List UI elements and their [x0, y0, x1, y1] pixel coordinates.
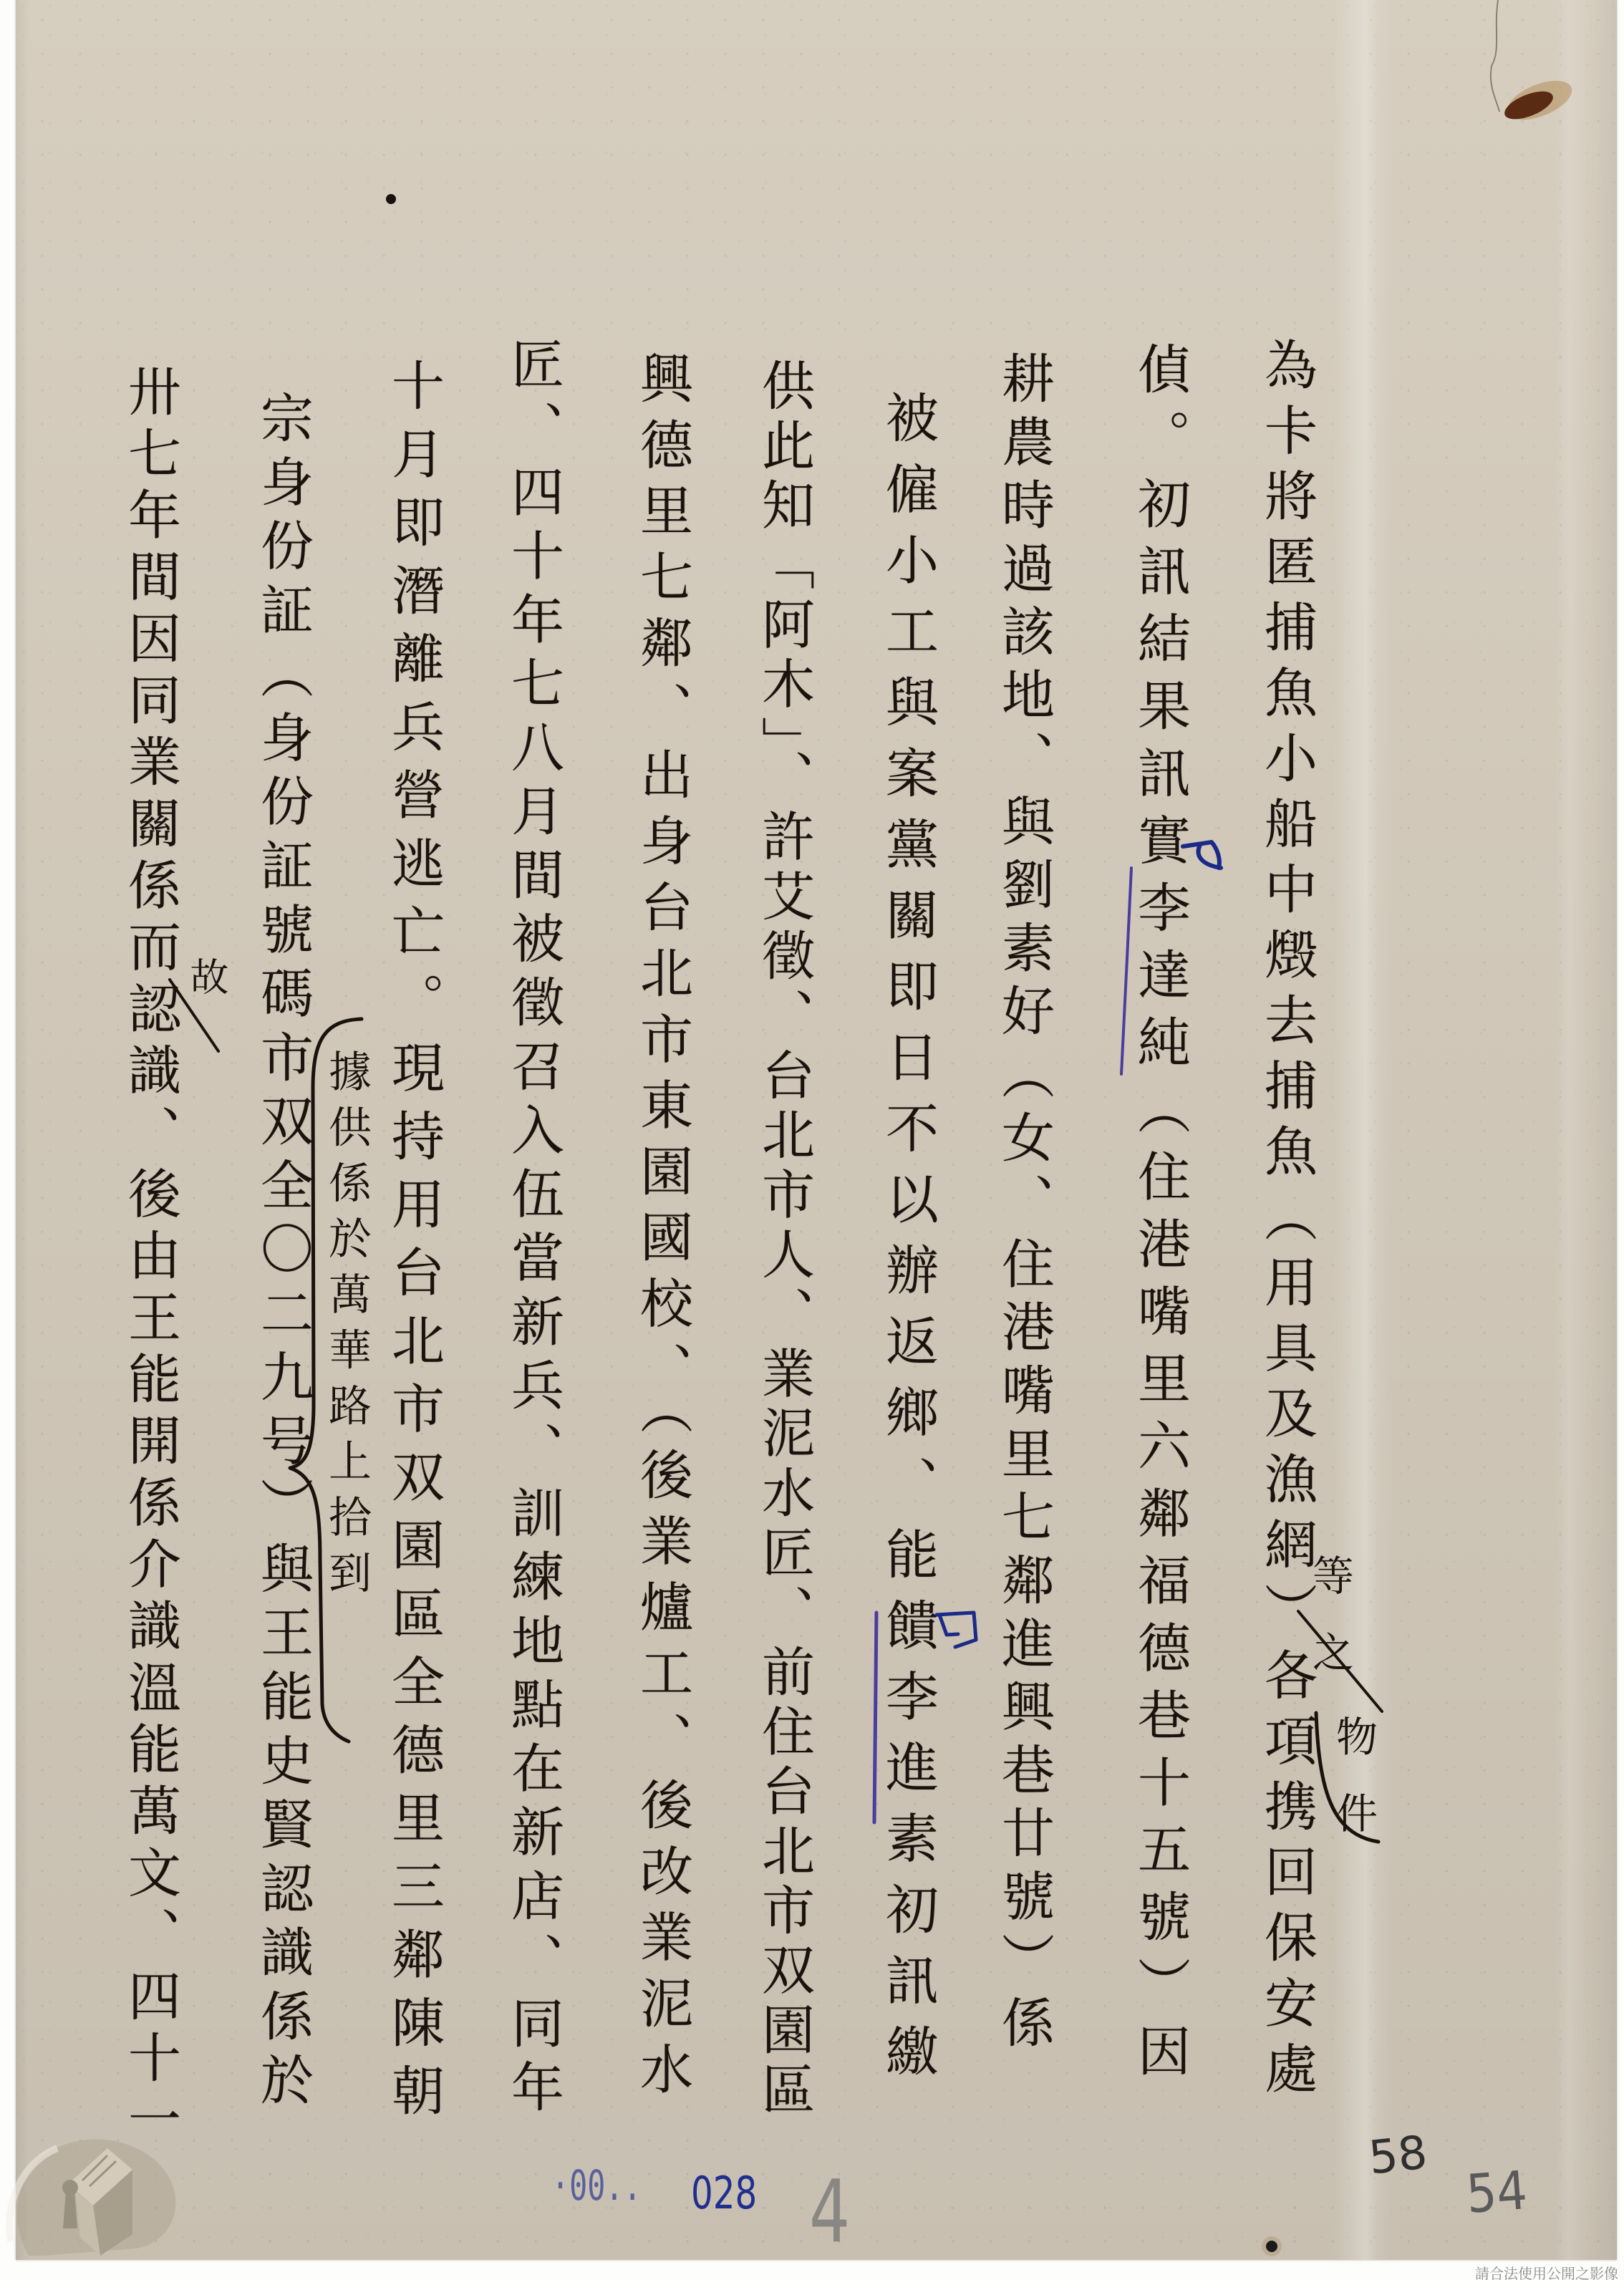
- scanned-document: 為卡將匿捕魚小船中燬去捕魚（用具及漁網）各項携回保安處 偵。初訊結果訊實李達純（…: [0, 0, 1624, 2280]
- text-column-10: 卅七年間因同業關係而認識、後由王能開係介識溫能萬文、四十一: [116, 364, 185, 2145]
- insert-annotation-gu: 故: [185, 957, 228, 1003]
- archive-stamp-prefix: ·00..: [551, 2161, 642, 2210]
- text-column-4: 被僱小工與案黨關即日不以辦返鄉、能饋李進素初訊繳: [874, 390, 942, 2077]
- text-column-5: 供此知「阿木」、許艾徵、台北市人、業泥水匠、前住台北市双園區: [750, 358, 818, 2115]
- insert-annotation-wujian: 物件: [1330, 1715, 1376, 1833]
- page-number-upper: 58: [1366, 2126, 1430, 2185]
- text-column-2: 偵。初訊結果訊實李達純（住港嘴里六鄰福德巷十五號）因: [1126, 342, 1194, 2077]
- side-insert-annotation: 據供係於萬華路上拾到: [324, 1049, 369, 1593]
- text-column-8: 十月即潛離兵營逃亡。現持用台北市双園區全德里三鄰陳朝: [380, 358, 448, 2116]
- insert-annotation-dengzhi: 等之: [1307, 1554, 1353, 1672]
- text-column-7: 匠、四十年七八月間被徵召入伍當新兵、訓練地點在新店、同年: [499, 337, 568, 2112]
- text-column-3: 耕農時過該地、與劉素好（女、住港嘴里七鄰進興巷廿號）係: [990, 351, 1058, 2048]
- usage-notice: 請合法使用公開之影像: [1475, 2262, 1618, 2280]
- page-number-lower: 54: [1464, 2160, 1529, 2226]
- archive-stamp-number: 028: [691, 2167, 757, 2219]
- text-column-6: 興德里七鄰、出身台北市東園國校、（後業爐工、後改業泥水: [628, 351, 697, 2095]
- text-column-1: 為卡將匿捕魚小船中燬去捕魚（用具及漁網）各項携回保安處: [1252, 337, 1321, 2094]
- text-column-9: 宗身份証（身份証號碼市双全〇二九号）與王能史賢認識係於: [248, 390, 317, 2105]
- pencil-mark: 4: [809, 2163, 850, 2262]
